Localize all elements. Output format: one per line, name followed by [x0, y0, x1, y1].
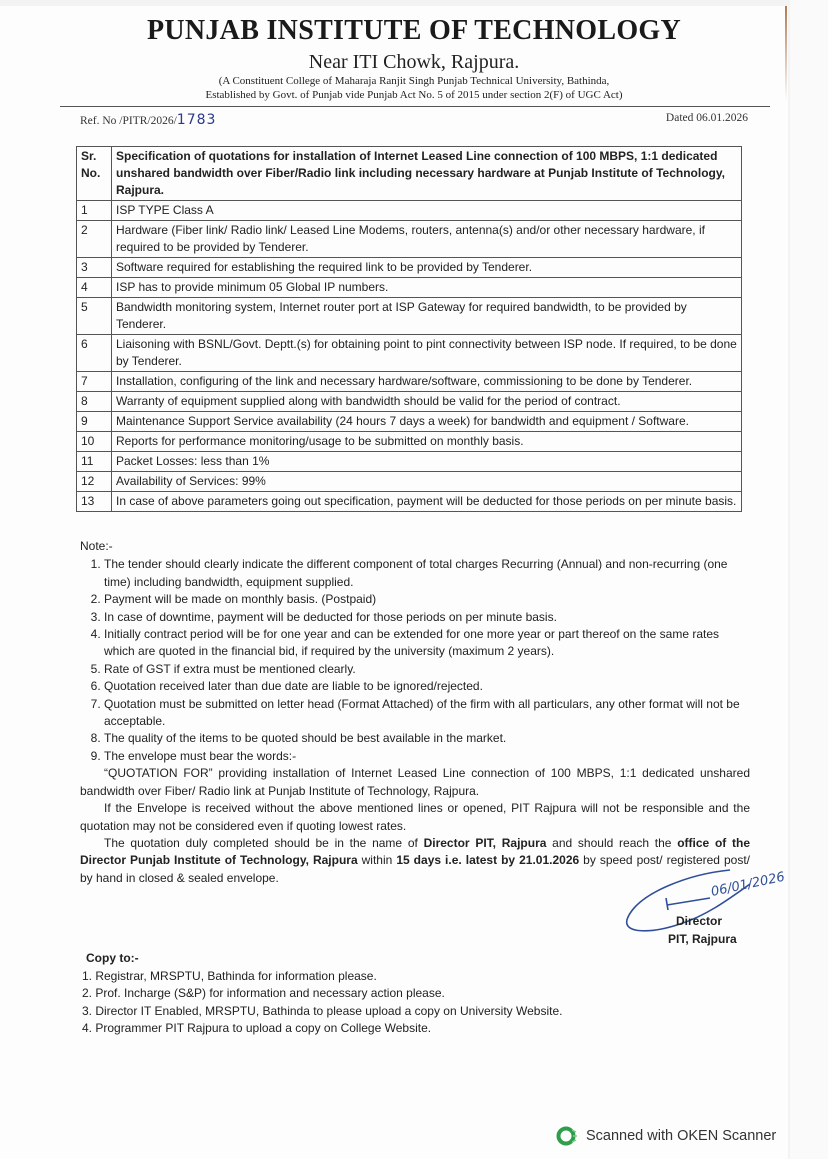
envelope-warning: If the Envelope is received without the … — [80, 800, 750, 835]
notes-title: Note:- — [80, 538, 750, 555]
table-row: 1ISP TYPE Class A — [77, 201, 742, 221]
row-specification: Packet Losses: less than 1% — [112, 452, 742, 472]
row-specification: Hardware (Fiber link/ Radio link/ Leased… — [112, 221, 742, 258]
row-specification: Maintenance Support Service availability… — [112, 412, 742, 432]
reference-handwritten-number: 1783 — [177, 112, 217, 128]
header-specification: Specification of quotations for installa… — [112, 147, 742, 201]
row-specification: Installation, configuring of the link an… — [112, 372, 742, 392]
reference-number: Ref. No /PITR/2026/1783 — [80, 112, 216, 128]
scan-margin — [790, 0, 828, 1159]
signatory-office: PIT, Rajpura — [668, 930, 737, 948]
row-specification: ISP has to provide minimum 05 Global IP … — [112, 278, 742, 298]
row-specification: Bandwidth monitoring system, Internet ro… — [112, 298, 742, 335]
table-row: 2Hardware (Fiber link/ Radio link/ Lease… — [77, 221, 742, 258]
letterhead: PUNJAB INSTITUTE OF TECHNOLOGY Near ITI … — [0, 14, 828, 102]
signatory-block: Director PIT, Rajpura — [676, 912, 737, 948]
row-sr-no: 8 — [77, 392, 112, 412]
row-sr-no: 12 — [77, 472, 112, 492]
submission-text-2: and should reach the — [546, 836, 677, 850]
scanner-watermark: Scanned with OKEN Scanner — [556, 1126, 776, 1146]
letterhead-divider — [60, 106, 770, 107]
row-sr-no: 10 — [77, 432, 112, 452]
copy-to-title: Copy to:- — [82, 950, 562, 968]
submission-addressee: Director PIT, Rajpura — [424, 836, 547, 850]
table-row: 12Availability of Services: 99% — [77, 472, 742, 492]
note-item: In case of downtime, payment will be ded… — [104, 609, 750, 626]
row-specification: In case of above parameters going out sp… — [112, 492, 742, 512]
copy-to-item: 1. Registrar, MRSPTU, Bathinda for infor… — [82, 968, 562, 986]
oken-scanner-logo-icon — [556, 1126, 578, 1146]
row-sr-no: 13 — [77, 492, 112, 512]
submission-deadline: 15 days i.e. latest by 21.01.2026 — [396, 853, 579, 867]
table-row: 13In case of above parameters going out … — [77, 492, 742, 512]
table-row: 9Maintenance Support Service availabilit… — [77, 412, 742, 432]
table-row: 5Bandwidth monitoring system, Internet r… — [77, 298, 742, 335]
row-sr-no: 7 — [77, 372, 112, 392]
institute-address: Near ITI Chowk, Rajpura. — [0, 50, 828, 74]
specification-table: Sr. No. Specification of quotations for … — [76, 146, 742, 512]
row-specification: Liaisoning with BSNL/Govt. Deptt.(s) for… — [112, 335, 742, 372]
table-row: 7Installation, configuring of the link a… — [77, 372, 742, 392]
envelope-text: “QUOTATION FOR” providing installation o… — [80, 765, 750, 800]
institute-subtitle-2: Established by Govt. of Punjab vide Punj… — [0, 88, 828, 102]
row-specification: ISP TYPE Class A — [112, 201, 742, 221]
table-row: 10Reports for performance monitoring/usa… — [77, 432, 742, 452]
row-specification: Software required for establishing the r… — [112, 258, 742, 278]
scanner-watermark-text: Scanned with OKEN Scanner — [586, 1128, 776, 1144]
row-sr-no: 6 — [77, 335, 112, 372]
row-sr-no: 2 — [77, 221, 112, 258]
row-sr-no: 9 — [77, 412, 112, 432]
svg-text:06/01/2026: 06/01/2026 — [710, 870, 786, 900]
submission-text-1: The quotation duly completed should be i… — [104, 836, 424, 850]
copy-to-section: Copy to:- 1. Registrar, MRSPTU, Bathinda… — [82, 950, 562, 1038]
row-sr-no: 11 — [77, 452, 112, 472]
row-sr-no: 5 — [77, 298, 112, 335]
note-item: Payment will be made on monthly basis. (… — [104, 591, 750, 608]
note-item: Quotation must be submitted on letter he… — [104, 696, 750, 731]
institute-name: PUNJAB INSTITUTE OF TECHNOLOGY — [0, 14, 828, 48]
row-specification: Availability of Services: 99% — [112, 472, 742, 492]
reference-prefix: Ref. No /PITR/2026/ — [80, 115, 177, 127]
note-item: The envelope must bear the words:- — [104, 748, 750, 765]
signatory-designation: Director — [676, 912, 737, 930]
row-sr-no: 4 — [77, 278, 112, 298]
table-row: 4ISP has to provide minimum 05 Global IP… — [77, 278, 742, 298]
copy-to-item: 2. Prof. Incharge (S&P) for information … — [82, 985, 562, 1003]
note-item: The tender should clearly indicate the d… — [104, 556, 750, 591]
table-row: 6Liaisoning with BSNL/Govt. Deptt.(s) fo… — [77, 335, 742, 372]
row-sr-no: 1 — [77, 201, 112, 221]
table-row: 3Software required for establishing the … — [77, 258, 742, 278]
date-label: Dated 06.01.2026 — [666, 112, 748, 124]
notes-list: The tender should clearly indicate the d… — [80, 556, 750, 765]
copy-to-item: 4. Programmer PIT Rajpura to upload a co… — [82, 1020, 562, 1038]
row-specification: Warranty of equipment supplied along wit… — [112, 392, 742, 412]
note-item: Quotation received later than due date a… — [104, 678, 750, 695]
copy-to-list: 1. Registrar, MRSPTU, Bathinda for infor… — [82, 968, 562, 1038]
header-sr-no: Sr. No. — [77, 147, 112, 201]
institute-subtitle-1: (A Constituent College of Maharaja Ranji… — [0, 74, 828, 88]
row-specification: Reports for performance monitoring/usage… — [112, 432, 742, 452]
table-header-row: Sr. No. Specification of quotations for … — [77, 147, 742, 201]
note-item: Rate of GST if extra must be mentioned c… — [104, 661, 750, 678]
reference-line: Ref. No /PITR/2026/1783 Dated 06.01.2026 — [80, 112, 748, 128]
copy-to-item: 3. Director IT Enabled, MRSPTU, Bathinda… — [82, 1003, 562, 1021]
submission-text-3: within — [358, 853, 397, 867]
notes-section: Note:- The tender should clearly indicat… — [80, 538, 750, 887]
table-row: 11Packet Losses: less than 1% — [77, 452, 742, 472]
note-item: Initially contract period will be for on… — [104, 626, 750, 661]
note-item: The quality of the items to be quoted sh… — [104, 730, 750, 747]
row-sr-no: 3 — [77, 258, 112, 278]
table-row: 8Warranty of equipment supplied along wi… — [77, 392, 742, 412]
